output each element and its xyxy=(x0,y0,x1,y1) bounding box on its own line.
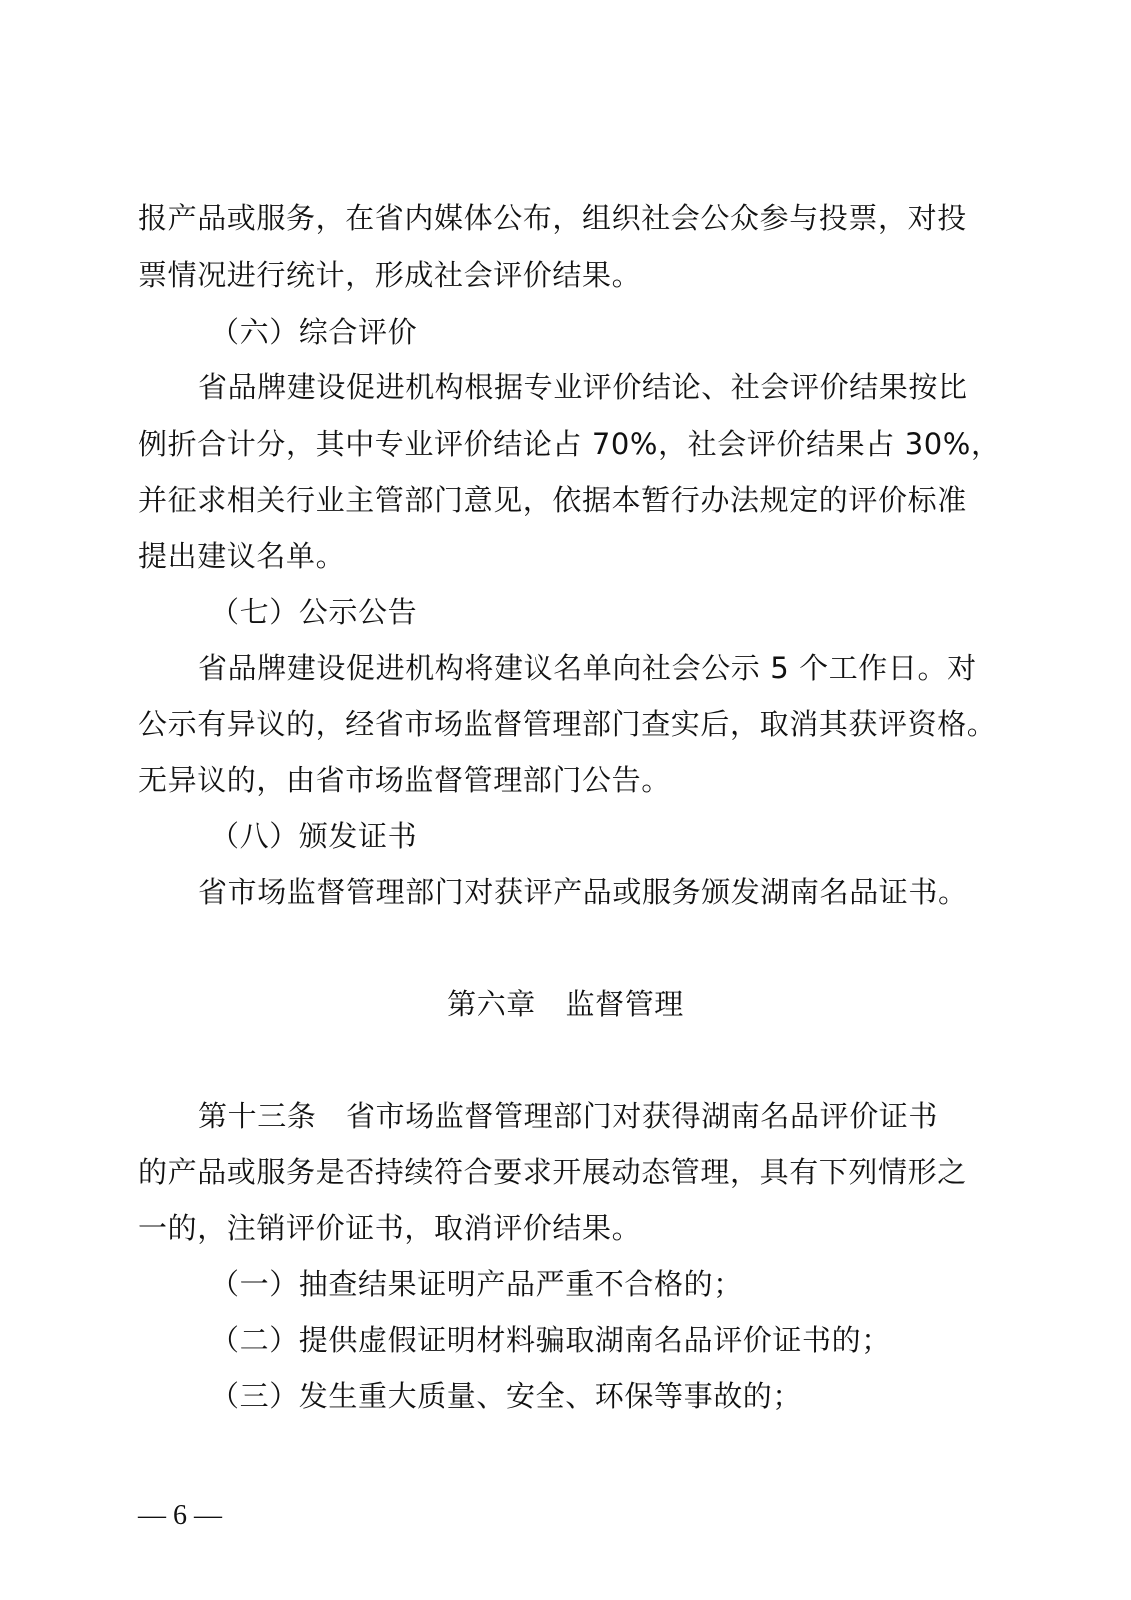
document-page: 报产品或服务，在省内媒体公布，组织社会公众参与投票，对投 票情况进行统计，形成社… xyxy=(0,0,1131,1600)
article-text-line: 第十三条 省市场监督管理部门对获得湖南名品评价证书 xyxy=(198,1096,1028,1136)
body-text-line: 省品牌建设促进机构将建议名单向社会公示 5 个工作日。对 xyxy=(198,648,1028,688)
article-text-line: 一的，注销评价证书，取消评价结果。 xyxy=(138,1208,968,1248)
list-item: （二）提供虚假证明材料骗取湖南名品评价证书的； xyxy=(210,1320,1040,1360)
section-heading-6: （六）综合评价 xyxy=(210,312,1040,352)
body-text-line: 报产品或服务，在省内媒体公布，组织社会公众参与投票，对投 xyxy=(138,198,968,238)
article-text-line: 的产品或服务是否持续符合要求开展动态管理，具有下列情形之 xyxy=(138,1152,968,1192)
body-text-line: 公示有异议的，经省市场监督管理部门查实后，取消其获评资格。 xyxy=(138,704,968,744)
body-text-line: 省品牌建设促进机构根据专业评价结论、社会评价结果按比 xyxy=(198,367,1028,407)
body-text-line: 票情况进行统计，形成社会评价结果。 xyxy=(138,255,968,295)
body-text-line: 省市场监督管理部门对获评产品或服务颁发湖南名品证书。 xyxy=(198,872,1028,912)
body-text-line: 无异议的，由省市场监督管理部门公告。 xyxy=(138,760,968,800)
section-heading-7: （七）公示公告 xyxy=(210,592,1040,632)
body-text-line: 例折合计分，其中专业评价结论占 70%，社会评价结果占 30%， xyxy=(138,424,968,464)
list-item: （三）发生重大质量、安全、环保等事故的； xyxy=(210,1376,1040,1416)
chapter-heading: 第六章 监督管理 xyxy=(0,984,1131,1024)
body-text-line: 并征求相关行业主管部门意见，依据本暂行办法规定的评价标准 xyxy=(138,480,968,520)
body-text-line: 提出建议名单。 xyxy=(138,536,968,576)
section-heading-8: （八）颁发证书 xyxy=(210,816,1040,856)
list-item: （一）抽查结果证明产品严重不合格的； xyxy=(210,1264,1040,1304)
page-number: — 6 — xyxy=(138,1498,222,1534)
